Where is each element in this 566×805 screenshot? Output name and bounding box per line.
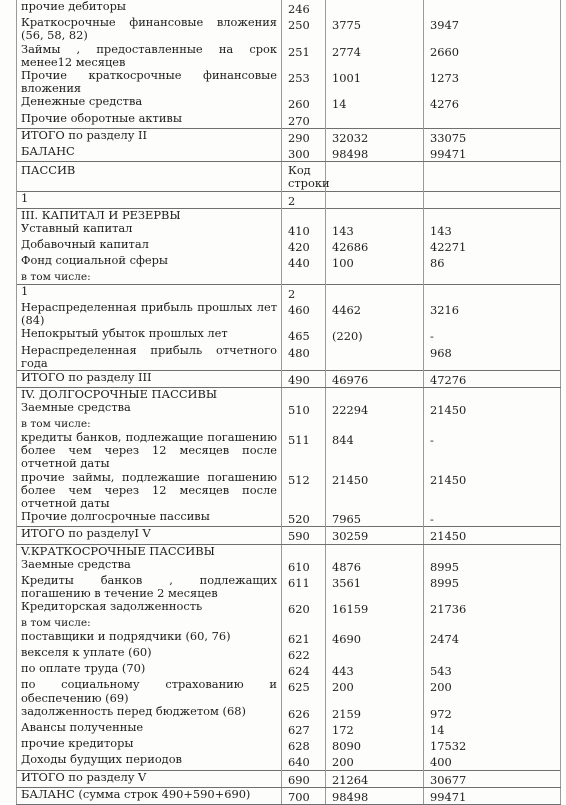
value-start-of-year: 200 (326, 753, 424, 770)
value-end-of-period: 2474 (424, 630, 561, 646)
row-label: Доходы будущих периодов (17, 753, 282, 770)
value-start-of-year (326, 646, 424, 662)
value-start-of-year: 7965 (326, 510, 424, 527)
row-code: 410 (282, 222, 326, 238)
value-end-of-period: 14 (424, 721, 561, 737)
row-label: ИТОГО по разделу III (17, 371, 282, 388)
row-code: 246 (282, 0, 326, 16)
row-label: по оплате труда (70) (17, 662, 282, 678)
row-code: 290 (282, 128, 326, 145)
value-end-of-period: 21450 (424, 527, 561, 544)
section-title: III. КАПИТАЛ И РЕЗЕРВЫ (17, 208, 282, 222)
row-label: Прочие долгосрочные пассивы (17, 510, 282, 527)
value-start-of-year: 3561 (326, 574, 424, 600)
empty-cell (282, 388, 326, 402)
row-label: Кредиторская задолженность (17, 600, 282, 616)
row-code: 622 (282, 646, 326, 662)
value-end-of-period (424, 617, 561, 630)
row-code: 690 (282, 770, 326, 787)
row-label: кредиты банков, подлежащие погашению бол… (17, 431, 282, 471)
total-section-4-row: ИТОГО по разделуI V5903025921450 (17, 527, 561, 544)
row-label: Непокрытый убыток прошлых лет (17, 327, 282, 343)
row-code: 628 (282, 737, 326, 753)
row-label: Фонд социальной сферы (17, 254, 282, 270)
table-row: Фонд социальной сферы44010086 (17, 254, 561, 270)
row-label: Прочие оборотные активы (17, 112, 282, 129)
row-label: прочие дебиторы (17, 0, 282, 16)
row-code: 626 (282, 705, 326, 721)
value-start-of-year: 2774 (326, 43, 424, 69)
value-end-of-period: 17532 (424, 737, 561, 753)
value-end-of-period: 400 (424, 753, 561, 770)
row-label: прочие кредиторы (17, 737, 282, 753)
row-label: Займы , предоставленные на срок менее12 … (17, 43, 282, 69)
row-code: Код строки (282, 162, 326, 191)
table-row: Нераспределенная прибыль отчетного года4… (17, 344, 561, 371)
row-label: ИТОГО по разделу V (17, 770, 282, 787)
asset-row: Денежные средства260144276 (17, 95, 561, 111)
row-code (282, 418, 326, 431)
row-code: 2 (282, 284, 326, 301)
value-end-of-period: - (424, 431, 561, 471)
row-label: Денежные средства (17, 95, 282, 111)
table-row: векселя к уплате (60)622 (17, 646, 561, 662)
balance-sheet-table: прочие дебиторы246Краткосрочные финансов… (16, 0, 561, 805)
value-end-of-period: 2660 (424, 43, 561, 69)
value-end-of-period: 143 (424, 222, 561, 238)
value-start-of-year: 22294 (326, 401, 424, 417)
value-start-of-year: 8090 (326, 737, 424, 753)
value-start-of-year (326, 418, 424, 431)
total-section-3-row: ИТОГО по разделу III4904697647276 (17, 371, 561, 388)
value-start-of-year: 2159 (326, 705, 424, 721)
row-code: 611 (282, 574, 326, 600)
empty-cell (424, 208, 561, 222)
empty-cell (326, 544, 424, 558)
row-label: по социальному страхованию и обеспечению… (17, 678, 282, 704)
row-label: Добавочный капитал (17, 238, 282, 254)
value-end-of-period: 200 (424, 678, 561, 704)
section-title: IV. ДОЛГОСРОЧНЫЕ ПАССИВЫ (17, 388, 282, 402)
value-end-of-period: 3216 (424, 301, 561, 327)
value-start-of-year: 46976 (326, 371, 424, 388)
row-code (282, 271, 326, 285)
row-label: в том числе: (17, 271, 282, 285)
section-4-title: IV. ДОЛГОСРОЧНЫЕ ПАССИВЫ (17, 388, 561, 402)
table-row: задолженность перед бюджетом (68)6262159… (17, 705, 561, 721)
row-label: 1 (17, 284, 282, 301)
table-row: в том числе: (17, 617, 561, 630)
row-code: 480 (282, 344, 326, 371)
row-code: 460 (282, 301, 326, 327)
row-code: 510 (282, 401, 326, 417)
total-section-5-row: ИТОГО по разделу V6902126430677 (17, 770, 561, 787)
value-start-of-year (326, 271, 424, 285)
row-code: 610 (282, 558, 326, 574)
balance-liabilities-row: БАЛАНС (сумма строк 490+590+690)70098498… (17, 787, 561, 804)
column-numbers-row: 12 (17, 284, 561, 301)
balance-assets-row: БАЛАНС3009849899471 (17, 145, 561, 162)
table-row: в том числе: (17, 418, 561, 431)
empty-cell (282, 208, 326, 222)
value-end-of-period: 4276 (424, 95, 561, 111)
value-end-of-period: 86 (424, 254, 561, 270)
row-code: 251 (282, 43, 326, 69)
value-start-of-year (326, 617, 424, 630)
value-start-of-year (326, 191, 424, 208)
asset-row: Прочие оборотные активы270 (17, 112, 561, 129)
value-start-of-year (326, 284, 424, 301)
column-numbers-row: 12 (17, 191, 561, 208)
row-code: 2 (282, 191, 326, 208)
value-start-of-year (326, 0, 424, 16)
table-row: поставщики и подрядчики (60, 76)62146902… (17, 630, 561, 646)
value-end-of-period (424, 112, 561, 129)
row-label: ИТОГО по разделуI V (17, 527, 282, 544)
row-code: 440 (282, 254, 326, 270)
row-label: ПАССИВ (17, 162, 282, 191)
value-start-of-year: 3775 (326, 16, 424, 42)
table-row: прочие кредиторы628809017532 (17, 737, 561, 753)
row-code: 250 (282, 16, 326, 42)
value-end-of-period: 21736 (424, 600, 561, 616)
row-label: Нераспределенная прибыль прошлых лет (84… (17, 301, 282, 327)
value-start-of-year (326, 344, 424, 371)
value-end-of-period: 99471 (424, 787, 561, 804)
table-row: по оплате труда (70)624443543 (17, 662, 561, 678)
row-code: 590 (282, 527, 326, 544)
row-label: Прочие краткосрочные финансовые вложения (17, 69, 282, 95)
value-end-of-period: 30677 (424, 770, 561, 787)
value-end-of-period: 21450 (424, 401, 561, 417)
value-start-of-year (326, 112, 424, 129)
table-row: Заемные средства61048768995 (17, 558, 561, 574)
row-code: 511 (282, 431, 326, 471)
value-end-of-period (424, 191, 561, 208)
row-label: Нераспределенная прибыль отчетного года (17, 344, 282, 371)
value-start-of-year: 98498 (326, 145, 424, 162)
value-start-of-year (326, 162, 424, 191)
row-code: 420 (282, 238, 326, 254)
value-end-of-period: 99471 (424, 145, 561, 162)
row-label: Заемные средства (17, 401, 282, 417)
value-end-of-period: 33075 (424, 128, 561, 145)
empty-cell (424, 544, 561, 558)
value-end-of-period: 8995 (424, 558, 561, 574)
value-end-of-period: - (424, 327, 561, 343)
row-code: 621 (282, 630, 326, 646)
row-code: 490 (282, 371, 326, 388)
row-label: Уставный капитал (17, 222, 282, 238)
table-row: Авансы полученные62717214 (17, 721, 561, 737)
value-end-of-period (424, 646, 561, 662)
balance-sheet-page: прочие дебиторы246Краткосрочные финансов… (0, 0, 566, 805)
value-start-of-year: 21450 (326, 471, 424, 511)
table-row: в том числе: (17, 271, 561, 285)
asset-row: Краткосрочные финансовые вложения (56, 5… (17, 16, 561, 42)
value-start-of-year: 98498 (326, 787, 424, 804)
row-code: 640 (282, 753, 326, 770)
value-start-of-year: 4462 (326, 301, 424, 327)
row-code: 520 (282, 510, 326, 527)
value-start-of-year: 443 (326, 662, 424, 678)
table-row: Добавочный капитал4204268642271 (17, 238, 561, 254)
row-code: 624 (282, 662, 326, 678)
liabilities-header-row: ПАССИВКод строки (17, 162, 561, 191)
row-label: Кредиты банков , подлежащих погашению в … (17, 574, 282, 600)
value-start-of-year: 32032 (326, 128, 424, 145)
row-label: Заемные средства (17, 558, 282, 574)
value-start-of-year: (220) (326, 327, 424, 343)
table-row: Кредиторская задолженность6201615921736 (17, 600, 561, 616)
row-code: 700 (282, 787, 326, 804)
value-end-of-period (424, 162, 561, 191)
row-code: 620 (282, 600, 326, 616)
table-row: Прочие долгосрочные пассивы5207965- (17, 510, 561, 527)
row-code: 512 (282, 471, 326, 511)
value-start-of-year: 100 (326, 254, 424, 270)
value-start-of-year: 21264 (326, 770, 424, 787)
table-row: Непокрытый убыток прошлых лет465(220)- (17, 327, 561, 343)
row-code: 625 (282, 678, 326, 704)
value-start-of-year: 4690 (326, 630, 424, 646)
section-title: V.КРАТКОСРОЧНЫЕ ПАССИВЫ (17, 544, 282, 558)
value-end-of-period: 42271 (424, 238, 561, 254)
value-end-of-period (424, 418, 561, 431)
row-label: в том числе: (17, 617, 282, 630)
value-end-of-period: 972 (424, 705, 561, 721)
total-section-2-row: ИТОГО по разделу II2903203233075 (17, 128, 561, 145)
row-label: Краткосрочные финансовые вложения (56, 5… (17, 16, 282, 42)
value-end-of-period: 3947 (424, 16, 561, 42)
row-code: 627 (282, 721, 326, 737)
value-end-of-period: 47276 (424, 371, 561, 388)
row-label: БАЛАНС (17, 145, 282, 162)
row-label: 1 (17, 191, 282, 208)
value-start-of-year: 42686 (326, 238, 424, 254)
value-start-of-year: 844 (326, 431, 424, 471)
value-start-of-year: 1001 (326, 69, 424, 95)
table-row: Доходы будущих периодов640200400 (17, 753, 561, 770)
section-3-title: III. КАПИТАЛ И РЕЗЕРВЫ (17, 208, 561, 222)
value-start-of-year: 14 (326, 95, 424, 111)
value-start-of-year: 172 (326, 721, 424, 737)
value-start-of-year: 200 (326, 678, 424, 704)
value-end-of-period (424, 0, 561, 16)
row-code: 253 (282, 69, 326, 95)
table-row: по социальному страхованию и обеспечению… (17, 678, 561, 704)
empty-cell (424, 388, 561, 402)
value-end-of-period: 543 (424, 662, 561, 678)
row-label: векселя к уплате (60) (17, 646, 282, 662)
row-code: 260 (282, 95, 326, 111)
value-start-of-year: 30259 (326, 527, 424, 544)
asset-row: Прочие краткосрочные финансовые вложения… (17, 69, 561, 95)
value-end-of-period (424, 271, 561, 285)
row-code: 270 (282, 112, 326, 129)
row-label: БАЛАНС (сумма строк 490+590+690) (17, 787, 282, 804)
asset-row: прочие дебиторы246 (17, 0, 561, 16)
value-end-of-period: 968 (424, 344, 561, 371)
value-end-of-period: 8995 (424, 574, 561, 600)
value-start-of-year: 4876 (326, 558, 424, 574)
empty-cell (282, 544, 326, 558)
empty-cell (326, 388, 424, 402)
row-label: задолженность перед бюджетом (68) (17, 705, 282, 721)
section-5-title: V.КРАТКОСРОЧНЫЕ ПАССИВЫ (17, 544, 561, 558)
table-row: кредиты банков, подлежащие погашению бол… (17, 431, 561, 471)
value-start-of-year: 143 (326, 222, 424, 238)
value-end-of-period: 21450 (424, 471, 561, 511)
row-label: прочие займы, подлежашие погашению более… (17, 471, 282, 511)
row-code: 300 (282, 145, 326, 162)
value-end-of-period: 1273 (424, 69, 561, 95)
row-code (282, 617, 326, 630)
value-end-of-period (424, 284, 561, 301)
row-label: Авансы полученные (17, 721, 282, 737)
row-label: ИТОГО по разделу II (17, 128, 282, 145)
table-row: прочие займы, подлежашие погашению более… (17, 471, 561, 511)
value-start-of-year: 16159 (326, 600, 424, 616)
row-label: поставщики и подрядчики (60, 76) (17, 630, 282, 646)
row-label: в том числе: (17, 418, 282, 431)
value-end-of-period: - (424, 510, 561, 527)
table-row: Уставный капитал410143143 (17, 222, 561, 238)
row-code: 465 (282, 327, 326, 343)
asset-row: Займы , предоставленные на срок менее12 … (17, 43, 561, 69)
empty-cell (326, 208, 424, 222)
table-row: Кредиты банков , подлежащих погашению в … (17, 574, 561, 600)
table-row: Заемные средства5102229421450 (17, 401, 561, 417)
table-row: Нераспределенная прибыль прошлых лет (84… (17, 301, 561, 327)
